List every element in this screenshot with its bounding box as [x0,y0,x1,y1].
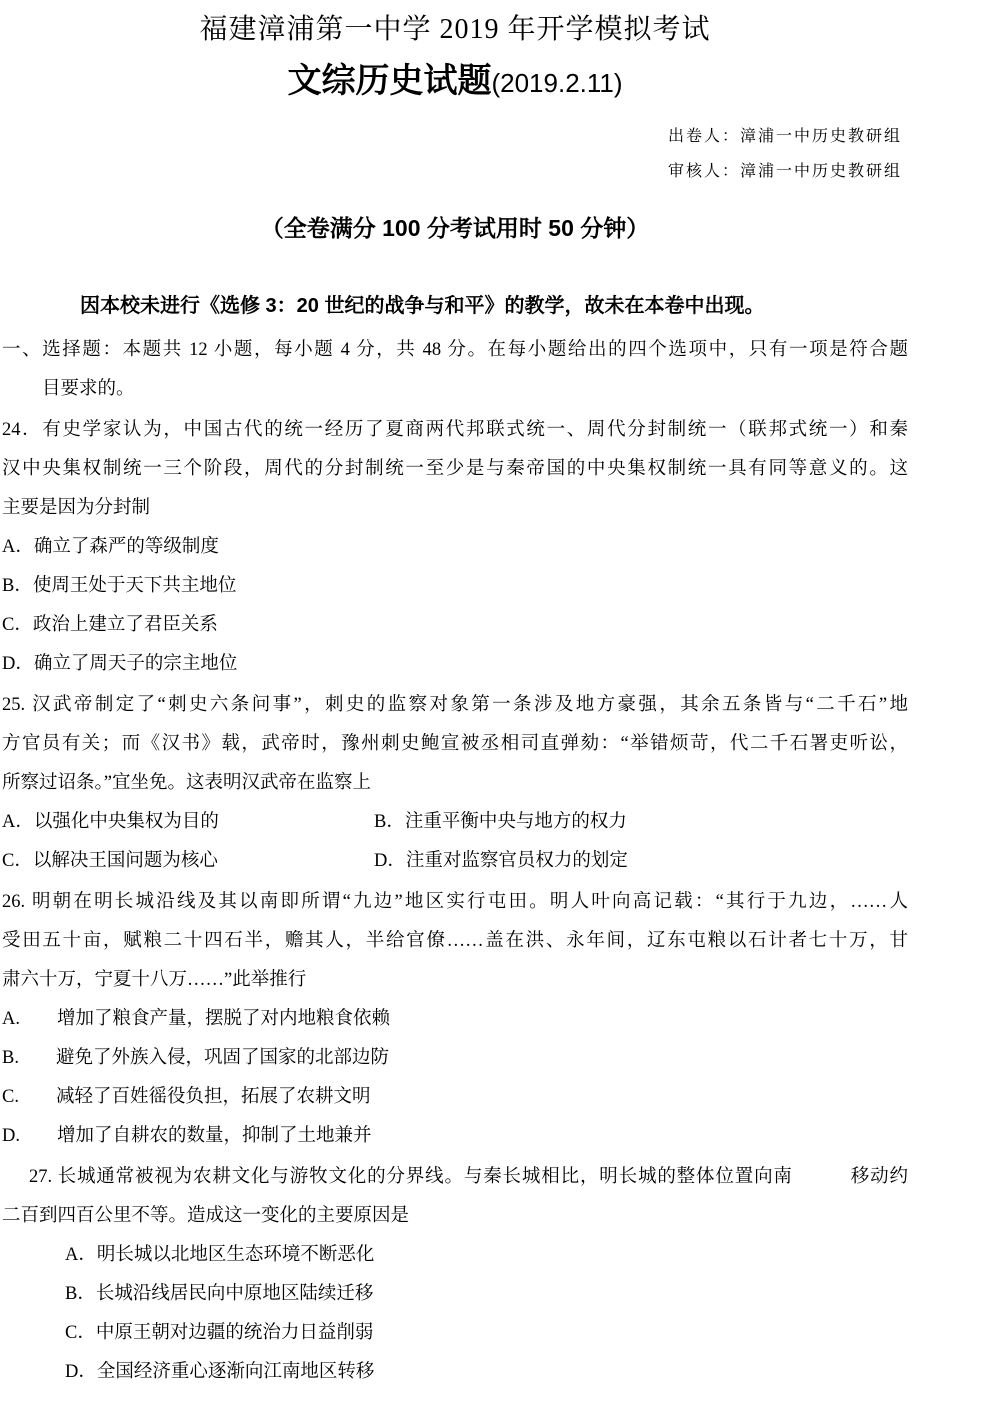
question-24-option-b: B．使周王处于天下共主地位 [2,567,908,606]
question-26-option-c: C. 减轻了百姓徭役负担，拓展了农耕文明 [2,1078,908,1117]
reviewer-line: 审核人：漳浦一中历史教研组 [2,154,908,189]
exclusion-note: 因本校未进行《选修 3：20 世纪的战争与和平》的教学，故未在本卷中出现。 [80,291,908,321]
issuer-line: 出卷人：漳浦一中历史教研组 [2,119,908,154]
question-26-option-b: B. 避免了外族入侵，巩固了国家的北部边防 [2,1039,908,1078]
section-instructions-line-1: 一、选择题：本题共 12 小题，每小题 4 分，共 48 分。在每小题给出的四个… [2,331,908,370]
question-26-stem-line-2: 受田五十亩，赋粮二十四石半，赡其人，半给官僚……盖在洪、永年间，辽东屯粮以石计者… [2,922,908,961]
question-24: 24．有史学家认为，中国古代的统一经历了夏商两代邦联式统一、周代分封制统一（联邦… [2,411,908,684]
question-25-stem-line-2: 方官员有关；而《汉书》载，武帝时，豫州刺史鲍宣被丞相司直弹劾：“举错烦苛，代二千… [2,725,908,764]
question-26-stem-line-3: 肃六十万，宁夏十八万……”此举推行 [2,961,908,1000]
paper-title: 文综历史试题(2019.2.11) [2,58,908,111]
question-25-option-b: B．注重平衡中央与地方的权力 [374,803,908,842]
document-header: 福建漳浦第一中学 2019 年开学模拟考试 文综历史试题(2019.2.11) … [2,0,908,189]
question-24-stem-line-2: 汉中央集权制统一三个阶段，周代的分封制统一至少是与秦帝国的中央集权制统一具有同等… [2,450,908,489]
paper-title-main: 文综历史试题 [287,62,491,100]
question-26-stem-line-1: 26. 明朝在明长城沿线及其以南即所谓“九边”地区实行屯田。明人叶向高记载：“其… [2,883,908,922]
question-27-option-d: D．全国经济重心逐渐向江南地区转移 [2,1353,908,1392]
section-one-instructions: 一、选择题：本题共 12 小题，每小题 4 分，共 48 分。在每小题给出的四个… [2,331,908,409]
question-26-option-a: A. 增加了粮食产量，摆脱了对内地粮食依赖 [2,1000,908,1039]
school-exam-title: 福建漳浦第一中学 2019 年开学模拟考试 [2,0,908,48]
question-27-stem-line-1: 27. 长城通常被视为农耕文化与游牧文化的分界线。与秦长城相比，明长城的整体位置… [2,1158,908,1197]
question-24-option-c: C．政治上建立了君臣关系 [2,606,908,645]
question-27-option-a: A．明长城以北地区生态环境不断恶化 [2,1236,908,1275]
question-27-stem-line-2: 二百到四百公里不等。造成这一变化的主要原因是 [2,1197,908,1236]
score-duration-note: （全卷满分 100 分考试用时 50 分钟） [2,213,908,243]
question-24-stem-line-1: 24．有史学家认为，中国古代的统一经历了夏商两代邦联式统一、周代分封制统一（联邦… [2,411,908,450]
paper-title-date: (2019.2.11) [491,68,622,98]
document-content: 福建漳浦第一中学 2019 年开学模拟考试 文综历史试题(2019.2.11) … [2,0,908,1392]
question-26: 26. 明朝在明长城沿线及其以南即所谓“九边”地区实行屯田。明人叶向高记载：“其… [2,883,908,1156]
question-25-stem-line-3: 所察过诏条。”宜坐免。这表明汉武帝在监察上 [2,764,908,803]
question-26-option-d: D. 增加了自耕农的数量，抑制了土地兼并 [2,1117,908,1156]
question-27-option-c: C．中原王朝对边疆的统治力日益削弱 [2,1314,908,1353]
question-25-options-grid: A．以强化中央集权为目的 B．注重平衡中央与地方的权力 C．以解决王国问题为核心… [2,803,908,881]
question-24-option-d: D．确立了周天子的宗主地位 [2,645,908,684]
section-instructions-line-2: 目要求的。 [2,370,908,409]
question-27: 27. 长城通常被视为农耕文化与游牧文化的分界线。与秦长城相比，明长城的整体位置… [2,1158,908,1392]
question-24-option-a: A．确立了森严的等级制度 [2,528,908,567]
question-24-stem-line-3: 主要是因为分封制 [2,489,908,528]
question-25-stem-line-1: 25. 汉武帝制定了“刺史六条问事”，刺史的监察对象第一条涉及地方豪强，其余五条… [2,686,908,725]
question-25-option-d: D．注重对监察官员权力的划定 [374,842,908,881]
question-25-option-a: A．以强化中央集权为目的 [2,803,374,842]
question-25: 25. 汉武帝制定了“刺史六条问事”，刺史的监察对象第一条涉及地方豪强，其余五条… [2,686,908,881]
question-25-option-c: C．以解决王国问题为核心 [2,842,374,881]
exam-paper-page: 福建漳浦第一中学 2019 年开学模拟考试 文综历史试题(2019.2.11) … [0,0,992,1403]
question-27-option-b: B．长城沿线居民向中原地区陆续迁移 [2,1275,908,1314]
